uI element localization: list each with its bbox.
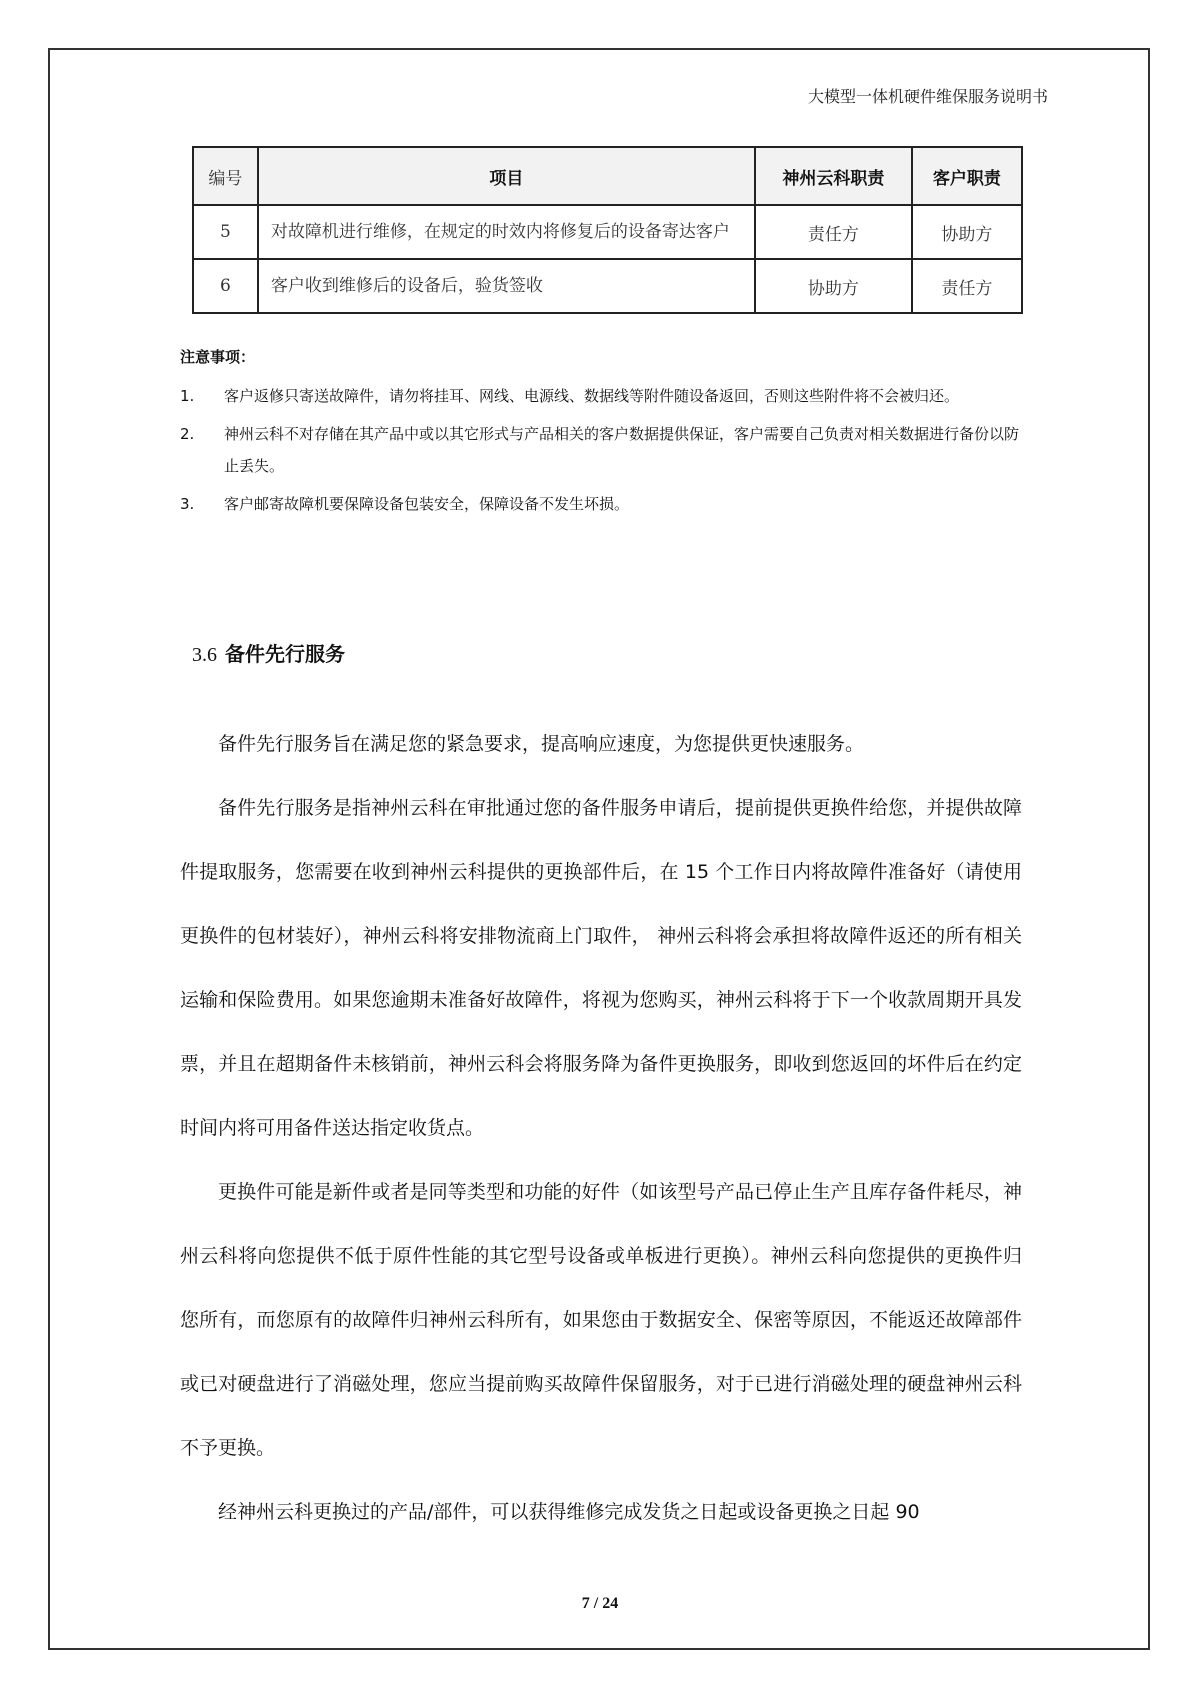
notes-list: 1. 客户返修只寄送故障件，请勿将挂耳、网线、电源线、数据线等附件随设备返回，否… [180,380,1020,526]
cell-number: 6 [193,259,258,313]
section-title: 备件先行服务 [225,642,345,666]
note-item: 1. 客户返修只寄送故障件，请勿将挂耳、网线、电源线、数据线等附件随设备返回，否… [180,380,1020,412]
column-header-vendor-duty: 神州云科职责 [755,147,912,205]
column-header-item: 项目 [258,147,755,205]
table-row: 5 对故障机进行维修，在规定的时效内将修复后的设备寄达客户 责任方 协助方 [193,205,1022,259]
note-text: 客户邮寄故障机要保障设备包装安全，保障设备不发生坏损。 [224,488,629,520]
paragraph: 备件先行服务旨在满足您的紧急要求，提高响应速度，为您提供更快速服务。 [180,712,1022,776]
table-row: 6 客户收到维修后的设备后，验货签收 协助方 责任方 [193,259,1022,313]
section-heading: 3.6备件先行服务 [192,638,345,667]
column-header-number: 编号 [193,147,258,205]
note-item: 3. 客户邮寄故障机要保障设备包装安全，保障设备不发生坏损。 [180,488,1020,520]
cell-vendor-duty: 协助方 [755,259,912,313]
responsibility-table: 编号 项目 神州云科职责 客户职责 5 对故障机进行维修，在规定的时效内将修复后… [192,146,1023,314]
note-number: 2. [180,418,224,482]
cell-customer-duty: 责任方 [912,259,1022,313]
cell-number: 5 [193,205,258,259]
note-item: 2. 神州云科不对存储在其产品中或以其它形式与产品相关的客户数据提供保证，客户需… [180,418,1020,482]
paragraph: 备件先行服务是指神州云科在审批通过您的备件服务申请后，提前提供更换件给您，并提供… [180,776,1022,1160]
document-header-title: 大模型一体机硬件维保服务说明书 [808,84,1048,107]
table-header-row: 编号 项目 神州云科职责 客户职责 [193,147,1022,205]
cell-vendor-duty: 责任方 [755,205,912,259]
note-number: 3. [180,488,224,520]
paragraph: 更换件可能是新件或者是同等类型和功能的好件（如该型号产品已停止生产且库存备件耗尽… [180,1160,1022,1480]
page-number: 7 / 24 [0,1595,1200,1613]
cell-customer-duty: 协助方 [912,205,1022,259]
column-header-customer-duty: 客户职责 [912,147,1022,205]
paragraph: 经神州云科更换过的产品/部件，可以获得维修完成发货之日起或设备更换之日起 90 [180,1480,1022,1544]
note-text: 神州云科不对存储在其产品中或以其它形式与产品相关的客户数据提供保证，客户需要自己… [224,418,1020,482]
section-body: 备件先行服务旨在满足您的紧急要求，提高响应速度，为您提供更快速服务。 备件先行服… [180,712,1022,1544]
cell-item: 对故障机进行维修，在规定的时效内将修复后的设备寄达客户 [258,205,755,259]
section-number: 3.6 [192,644,217,666]
note-text: 客户返修只寄送故障件，请勿将挂耳、网线、电源线、数据线等附件随设备返回，否则这些… [224,380,959,412]
cell-item: 客户收到维修后的设备后，验货签收 [258,259,755,313]
notes-title: 注意事项： [180,346,255,367]
note-number: 1. [180,380,224,412]
